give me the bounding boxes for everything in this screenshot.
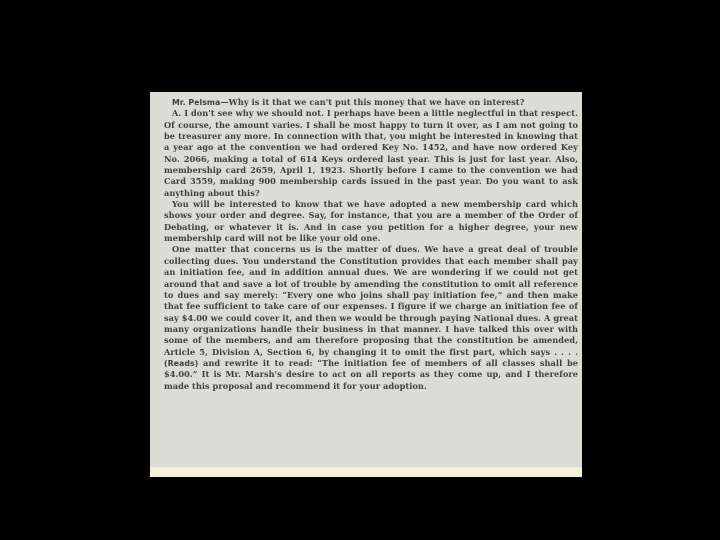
paragraph-dues: One matter that concerns us is the matte…: [164, 244, 578, 391]
document-body: Mr. Pelsma—Why is it that we can't put t…: [164, 97, 578, 392]
scanned-document-page: Mr. Pelsma—Why is it that we can't put t…: [150, 92, 582, 477]
paragraph-question: Mr. Pelsma—Why is it that we can't put t…: [164, 97, 578, 108]
stage-direction: (Reads): [164, 359, 198, 368]
dues-text-before: One matter that concerns us is the matte…: [164, 244, 578, 356]
speaker-name: Mr. Pelsma: [172, 98, 220, 107]
dues-text-after: and rewrite it to read: “The initiation …: [164, 358, 578, 391]
paragraph-membership-card: You will be interested to know that we h…: [164, 199, 578, 244]
page-bottom-margin: [150, 467, 582, 477]
paragraph-answer: A. I don't see why we should not. I perh…: [164, 108, 578, 199]
question-text: —Why is it that we can't put this money …: [220, 97, 524, 107]
